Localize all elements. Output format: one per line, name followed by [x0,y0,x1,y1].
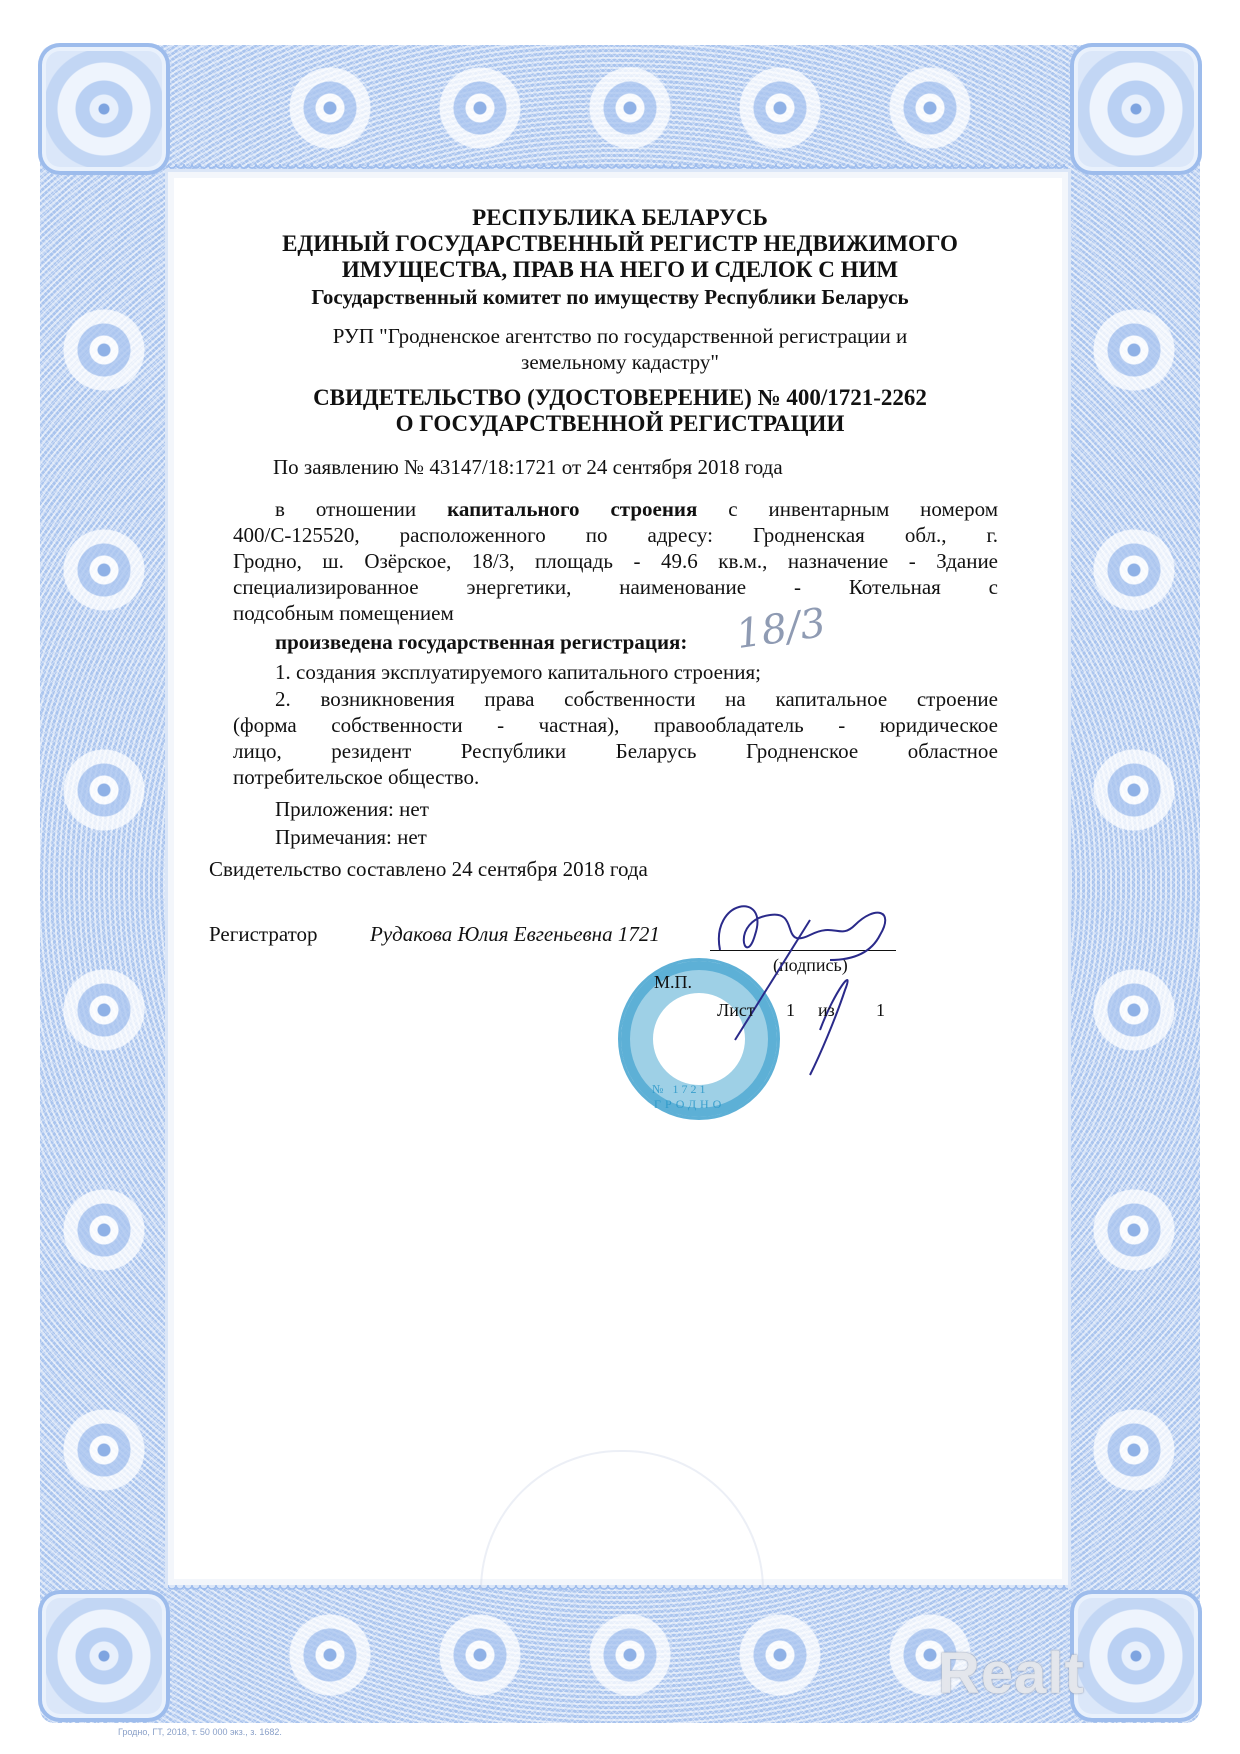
object-line1: в отношении капитального строения с инве… [275,496,998,523]
object-prefix: в отношении [275,497,447,521]
country-heading: РЕСПУБЛИКА БЕЛАРУСЬ [0,205,1240,231]
object-type: капитального строения [447,497,697,521]
printer-imprint: Гродно, ГТ, 2018, т. 50 000 экз., з. 168… [118,1727,282,1737]
handwritten-signature [660,880,920,1080]
sheet-of-label: из [818,1000,835,1021]
certificate: РЕСПУБЛИКА БЕЛАРУСЬ ЕДИНЫЙ ГОСУДАРСТВЕНН… [0,0,1240,1754]
sheet-label: Лист [717,1000,755,1021]
registration-item-1: 1. создания эксплуатируемого капитальног… [275,660,761,685]
registration-item-2-line2: (форма собственности - частная), правооб… [233,712,998,739]
object-line3: Гродно, ш. Озёрское, 18/3, площадь - 49.… [233,548,998,575]
stamp-city: ГРОДНО [654,1097,725,1112]
object-line2: 400/С-125520, расположенного по адресу: … [233,522,998,549]
registration-item-2-line3: лицо, резидент Республики Беларусь Гродн… [233,738,998,765]
agency-line2: земельному кадастру" [0,350,1240,375]
application-reference: По заявлению № 43147/18:1721 от 24 сентя… [273,455,783,480]
stamp-number: № 1721 [652,1082,708,1097]
sheet-current: 1 [786,1000,795,1021]
object-suffix: с инвентарным номером [697,497,998,521]
register-heading-line2: ИМУЩЕСТВА, ПРАВ НА НЕГО И СДЕЛОК С НИМ [0,257,1240,283]
issue-date: Свидетельство составлено 24 сентября 201… [209,857,648,882]
certificate-title-line1: СВИДЕТЕЛЬСТВО (УДОСТОВЕРЕНИЕ) № 400/1721… [0,385,1240,411]
register-heading-line1: ЕДИНЫЙ ГОСУДАРСТВЕННЫЙ РЕГИСТР НЕДВИЖИМО… [0,231,1240,257]
registration-item-2-line4: потребительское общество. [233,764,998,791]
object-line4: специализированное энергетики, наименова… [233,574,998,601]
agency-line1: РУП "Гродненское агентство по государств… [0,324,1240,349]
certificate-title-line2: О ГОСУДАРСТВЕННОЙ РЕГИСТРАЦИИ [0,411,1240,437]
attachments-field: Приложения: нет [275,797,429,822]
realt-watermark-logo: Realt [938,1640,1085,1707]
notes-field: Примечания: нет [275,825,427,850]
registrar-name: Рудакова Юлия Евгеньевна 1721 [370,922,660,947]
committee-heading: Государственный комитет по имуществу Рес… [0,285,1230,310]
registration-heading: произведена государственная регистрация: [275,630,687,655]
sheet-total: 1 [876,1000,885,1021]
registrar-label: Регистратор [209,922,318,947]
object-line5: подсобным помещением [233,600,998,627]
registration-item-2-line1: 2. возникновения права собственности на … [275,686,998,713]
